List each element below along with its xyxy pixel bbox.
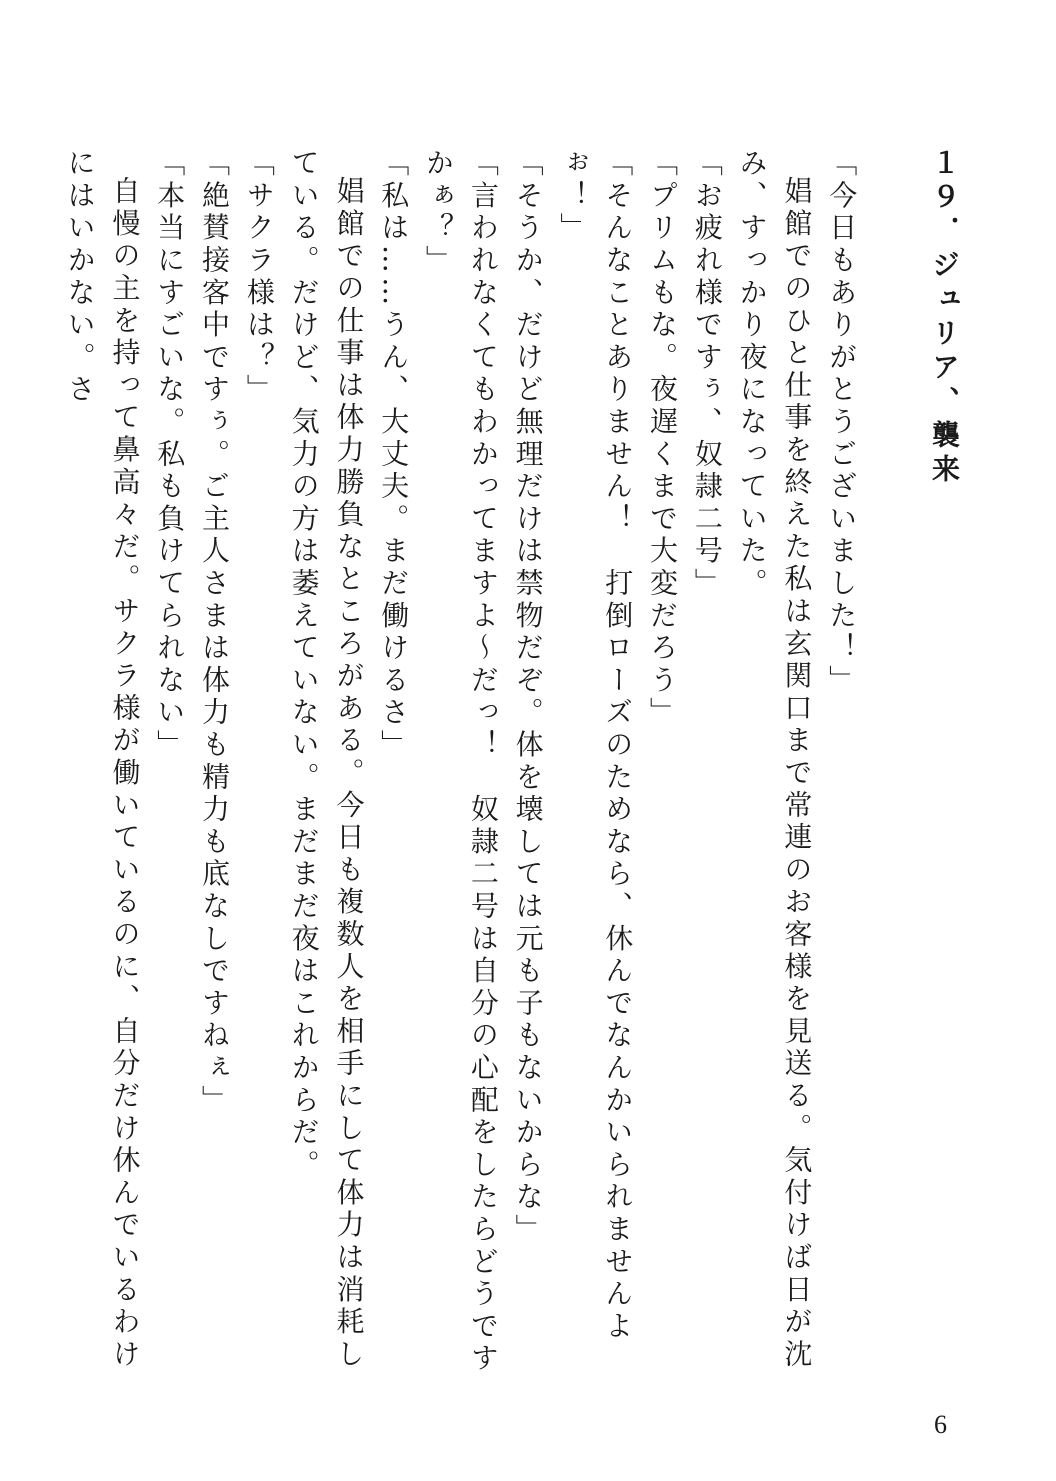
vertical-text-body: １９．ジュリア、襲来 「今日もありがとうございました！」 娼館でのひと仕事を終え… [57, 148, 966, 1378]
narration-paragraph: 娼館でのひと仕事を終えた私は玄関口まで常連のお客様を見送る。気付けば日が沈み、す… [729, 148, 819, 1378]
narration-paragraph: 娼館での仕事は体力勝負なところがある。今日も複数人を相手にして体力は消耗している… [281, 148, 371, 1378]
book-page: １９．ジュリア、襲来 「今日もありがとうございました！」 娼館でのひと仕事を終え… [0, 0, 1056, 1481]
dialogue-line: 「そうか、だけど無理だけは禁物だぞ。体を壊しては元も子もないからな」 [505, 148, 550, 1378]
narration-paragraph: 自慢の主を持って鼻高々だ。サクラ様が働いているのに、自分だけ休んでいるわけにはい… [57, 148, 147, 1378]
dialogue-line: 「今日もありがとうございました！」 [818, 148, 863, 1378]
dialogue-line: 「プリムもな。夜遅くまで大変だろう」 [639, 148, 684, 1378]
chapter-title: １９．ジュリア、襲来 [921, 148, 966, 1378]
dialogue-line: 「私は……うん、大丈夫。まだ働けるさ」 [370, 148, 415, 1378]
dialogue-line: 「そんなことありません！ 打倒ローズのためなら、休んでなんかいられませんよぉ！」 [550, 148, 640, 1378]
dialogue-line: 「サクラ様は？」 [236, 148, 281, 1378]
dialogue-line: 「お疲れ様ですぅ、奴隷二号」 [684, 148, 729, 1378]
dialogue-line: 「絶賛接客中ですぅ。ご主人さまは体力も精力も底なしですねぇ」 [191, 148, 236, 1378]
dialogue-line: 「本当にすごいな。私も負けてられない」 [146, 148, 191, 1378]
dialogue-line: 「言われなくてもわかってますよ～だっ！ 奴隷二号は自分の心配をしたらどうですかぁ… [415, 148, 505, 1378]
page-number: 6 [934, 1410, 947, 1440]
